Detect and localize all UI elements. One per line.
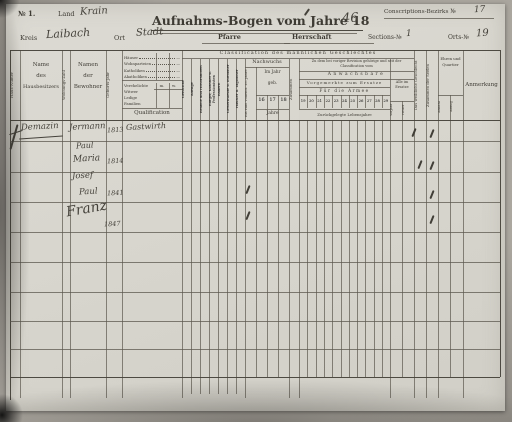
- grid-line: [382, 120, 383, 377]
- grid-line: [278, 95, 279, 377]
- grid-line: [10, 262, 500, 263]
- grid-line: [122, 80, 182, 81]
- grid-line: [402, 101, 403, 377]
- col-header-zusammen-seelen: Zusammen der Seelen: [426, 52, 438, 118]
- col-header-weibliches-geschlecht: Das weibliche Geschlecht: [414, 52, 426, 118]
- grid-line: [365, 120, 366, 377]
- col-header-wohnpartei: Wohnungs-Zahl: [62, 52, 70, 118]
- grid-line: [10, 292, 500, 293]
- grid-line: [357, 120, 358, 377]
- ersatz-col-heuer: Heuer: [402, 101, 414, 119]
- grid-line: [256, 95, 289, 96]
- grid-line: [299, 95, 390, 96]
- nachwuchs-title: Nachwuchs: [245, 59, 289, 65]
- anwachsbare-header: Anwachsbare: [299, 72, 414, 77]
- grid-line: [10, 232, 500, 233]
- revision-note: Zu dem bei voriger Revision gehörige und…: [301, 59, 412, 70]
- scanned-photo: № 1. Land Krain Conscriptions-Bezirks № …: [0, 0, 512, 422]
- grid-line: [20, 50, 21, 398]
- col-header-haus-nummer: Haus-Numer: [10, 52, 20, 118]
- grid-line: [316, 120, 317, 377]
- resident-2-name: Paul: [76, 142, 94, 151]
- grid-line: [332, 120, 333, 377]
- grid-line: [70, 50, 71, 398]
- col-header-hausbesitzer: NamedesHausbesitzers: [20, 62, 62, 90]
- ersatz-box-title: Alle im Ersatze: [391, 80, 413, 99]
- col-header-bewohner: NamenderBewohner: [70, 62, 106, 90]
- qualification-header: Qualification: [122, 110, 182, 116]
- resident-5-birthyear: 1841: [107, 190, 124, 197]
- population-summary-box: Häuser— Wohnparteien— Katholiken— Akatho…: [124, 53, 180, 80]
- grid-line: [463, 50, 464, 398]
- resident-6-birthyear: 1847: [104, 221, 121, 228]
- nachwuchs-age-cells: 161718: [256, 97, 289, 103]
- zusammen-column: Zusammen: [289, 59, 299, 119]
- owner-name-handwritten: Demazin: [21, 122, 59, 132]
- resident-1-name: Jermann: [69, 122, 106, 132]
- grid-line: [10, 349, 500, 350]
- resident-4-name: Josef: [72, 171, 93, 181]
- col-header-geburtsjahr: Geburts-Jahr: [106, 52, 122, 118]
- grid-line: [10, 377, 500, 378]
- grid-line: [307, 120, 308, 377]
- grid-line: [256, 109, 289, 110]
- grid-line: [324, 120, 325, 377]
- marital-status-box: m.w. Verehelichte Witwer Ledige Familien: [124, 83, 180, 108]
- nachwuchs-bis15-column: Bis zum vollend. 15. Jahre: [245, 67, 256, 119]
- resident-3-birthyear: 1814: [107, 158, 124, 165]
- lebensjahre-label: Zurückgelegte Lebensjahre: [299, 109, 390, 120]
- grid-line: [10, 321, 500, 322]
- col-header-anmerkung: Anmerkung: [463, 82, 500, 88]
- resident-3-name: Maria: [73, 154, 101, 164]
- ersatz-col-vorjahr: Vorjahr: [390, 101, 402, 119]
- grid-line: [267, 95, 268, 377]
- armee-header: Für die Armee: [299, 88, 390, 93]
- vorgemerkte-header: Vorgemerkte zum Ersatze: [299, 80, 390, 85]
- nachwuchs-jahre-label: Jahre: [256, 111, 289, 116]
- armee-age-cells: 192021 222324 252627 2829: [299, 98, 390, 103]
- grid-line: [10, 120, 500, 121]
- grid-line: [500, 50, 501, 377]
- grid-line: [341, 120, 342, 377]
- classification-category-columns: Geistliche Adelige Beamte und Honoratior…: [182, 59, 245, 119]
- quartier-box-title: Ehren und Quartier: [439, 56, 462, 92]
- grid-line: [349, 120, 350, 377]
- quartier-col-abzug: Abzug: [450, 95, 463, 119]
- classification-title: Classification des männlichen Geschlecht…: [182, 51, 414, 56]
- grid-line: [374, 120, 375, 377]
- grid-line: [122, 108, 182, 109]
- grid-line: [122, 50, 123, 398]
- census-form-sheet: № 1. Land Krain Conscriptions-Bezirks № …: [6, 4, 505, 411]
- grid-line: [450, 95, 451, 377]
- resident-1-birthyear: 1813: [107, 127, 124, 134]
- resident-5-name: Paul: [79, 188, 98, 197]
- quartier-col-anzahl: Anzahl: [438, 95, 450, 119]
- nachwuchs-im-jahr: Im Jahrgeb.: [256, 70, 289, 86]
